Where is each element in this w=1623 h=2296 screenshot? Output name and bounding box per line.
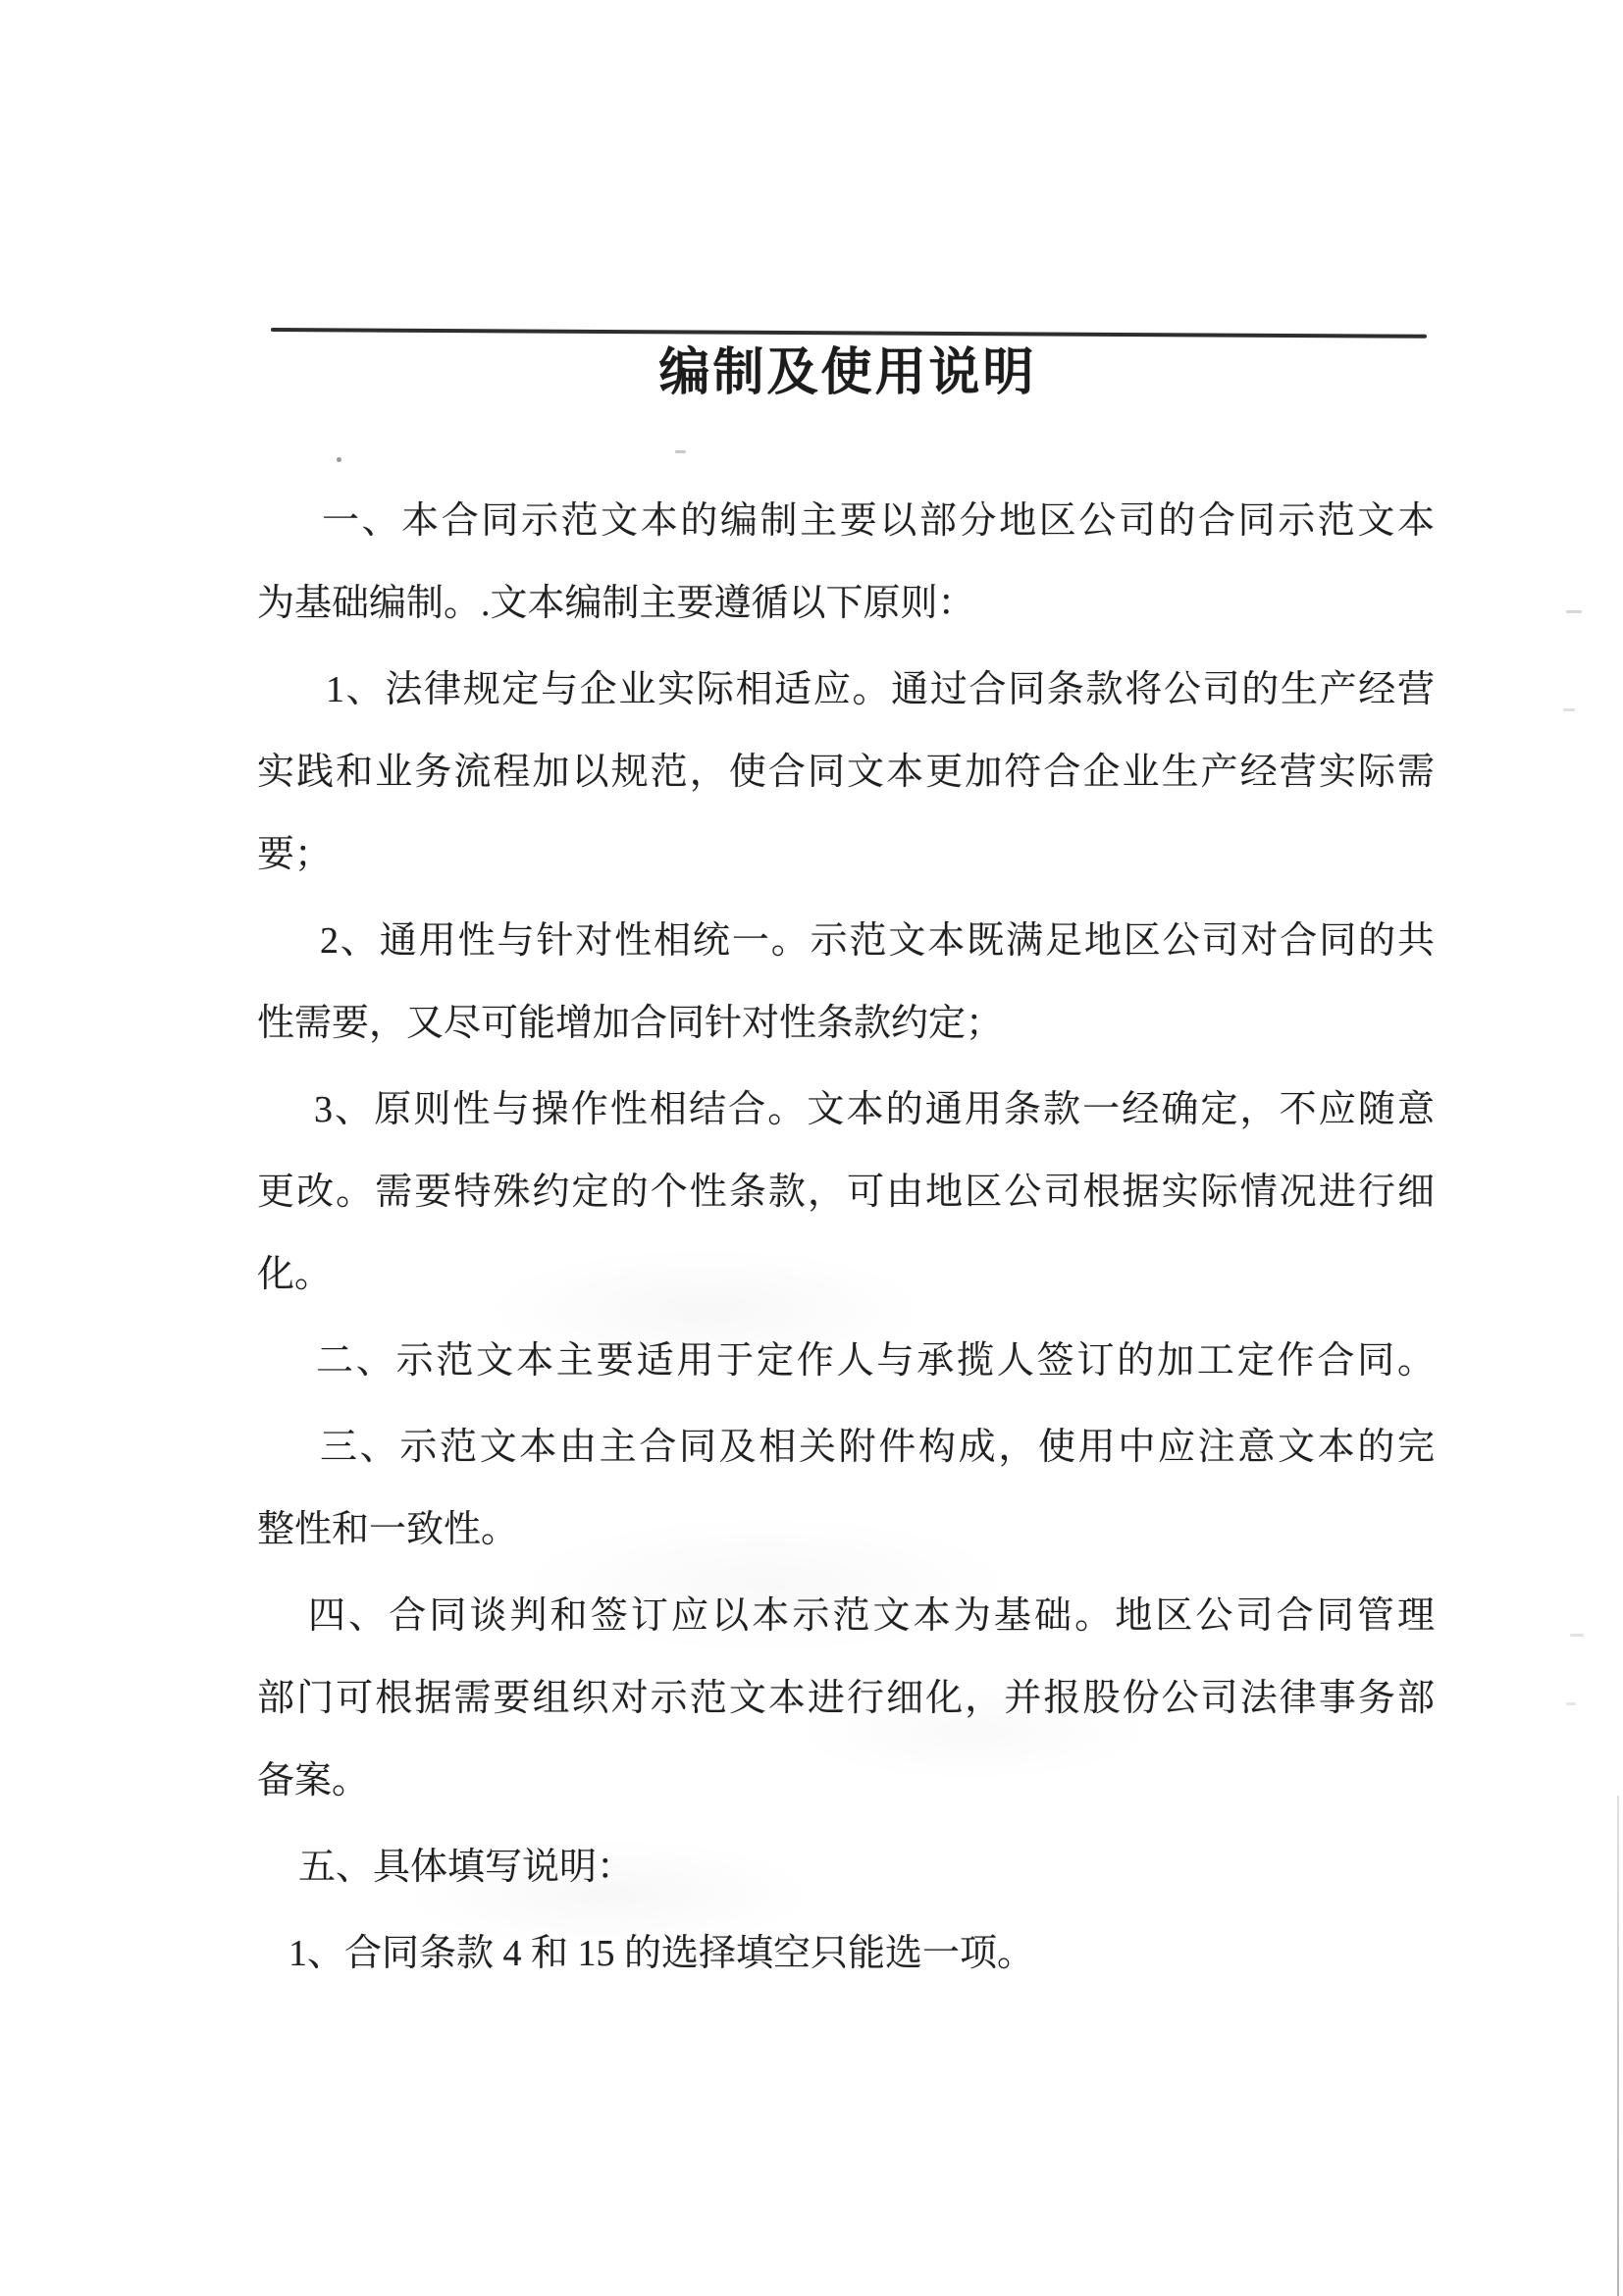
text-line: 一、本合同示范文本的编制主要以部分地区公司的合同示范文本 [257, 480, 1435, 562]
text-line: 二、示范文本主要适用于定作人与承揽人签订的加工定作合同。 [257, 1320, 1435, 1402]
scanned-document-page: 编制及使用说明 一、本合同示范文本的编制主要以部分地区公司的合同示范文本 为基础… [0, 0, 1623, 2296]
scan-speck [1563, 708, 1575, 711]
text-line: 为基础编制。.文本编制主要遵循以下原则： [257, 562, 1435, 645]
document-body: 一、本合同示范文本的编制主要以部分地区公司的合同示范文本 为基础编制。.文本编制… [257, 480, 1435, 1999]
text-line: 整性和一致性。 [257, 1488, 1435, 1571]
text-line: 化。 [257, 1233, 1435, 1316]
text-line: 三、示范文本由主合同及相关附件构成，使用中应注意文本的完 [257, 1406, 1435, 1488]
text-line: 备案。 [257, 1740, 1435, 1822]
text-line: 1、法律规定与企业实际相适应。通过合同条款将公司的生产经营 [257, 649, 1435, 731]
paragraph-7: 四、合同谈判和签订应以本示范文本为基础。地区公司合同管理 部门可根据需要组织对示… [257, 1575, 1435, 1822]
text-line: 1、合同条款 4 和 15 的选择填空只能选一项。 [257, 1912, 1435, 1995]
text-line: 五、具体填写说明： [257, 1826, 1435, 1908]
text-line: 部门可根据需要组织对示范文本进行细化，并报股份公司法律事务部 [257, 1657, 1435, 1740]
scan-edge-line [1617, 1796, 1619, 2296]
text-line: 更改。需要特殊约定的个性条款，可由地区公司根据实际情况进行细 [257, 1151, 1435, 1233]
paragraph-8: 五、具体填写说明： [257, 1826, 1435, 1908]
text-line: 3、原则性与操作性相结合。文本的通用条款一经确定，不应随意 [257, 1069, 1435, 1151]
text-line: 2、通用性与针对性相统一。示范文本既满足地区公司对合同的共 [257, 900, 1435, 982]
paragraph-2: 1、法律规定与企业实际相适应。通过合同条款将公司的生产经营 实践和业务流程加以规… [257, 649, 1435, 896]
scan-speck [1566, 1702, 1576, 1705]
scan-speck [337, 457, 341, 462]
text-line: 实践和业务流程加以规范，使合同文本更加符合企业生产经营实际需 [257, 731, 1435, 813]
paragraph-4: 3、原则性与操作性相结合。文本的通用条款一经确定，不应随意 更改。需要特殊约定的… [257, 1069, 1435, 1316]
paragraph-6: 三、示范文本由主合同及相关附件构成，使用中应注意文本的完 整性和一致性。 [257, 1406, 1435, 1571]
text-line: 四、合同谈判和签订应以本示范文本为基础。地区公司合同管理 [257, 1575, 1435, 1657]
title-divider-rule [271, 328, 1427, 339]
scan-speck [1566, 610, 1582, 613]
paragraph-9: 1、合同条款 4 和 15 的选择填空只能选一项。 [257, 1912, 1435, 1995]
page-title: 编制及使用说明 [257, 343, 1439, 404]
scan-speck [675, 450, 686, 453]
paragraph-3: 2、通用性与针对性相统一。示范文本既满足地区公司对合同的共 性需要，又尽可能增加… [257, 900, 1435, 1065]
scan-speck [1570, 1634, 1584, 1637]
paragraph-1: 一、本合同示范文本的编制主要以部分地区公司的合同示范文本 为基础编制。.文本编制… [257, 480, 1435, 645]
text-line: 要； [257, 813, 1435, 896]
text-line: 性需要，又尽可能增加合同针对性条款约定； [257, 982, 1435, 1065]
paragraph-5: 二、示范文本主要适用于定作人与承揽人签订的加工定作合同。 [257, 1320, 1435, 1402]
